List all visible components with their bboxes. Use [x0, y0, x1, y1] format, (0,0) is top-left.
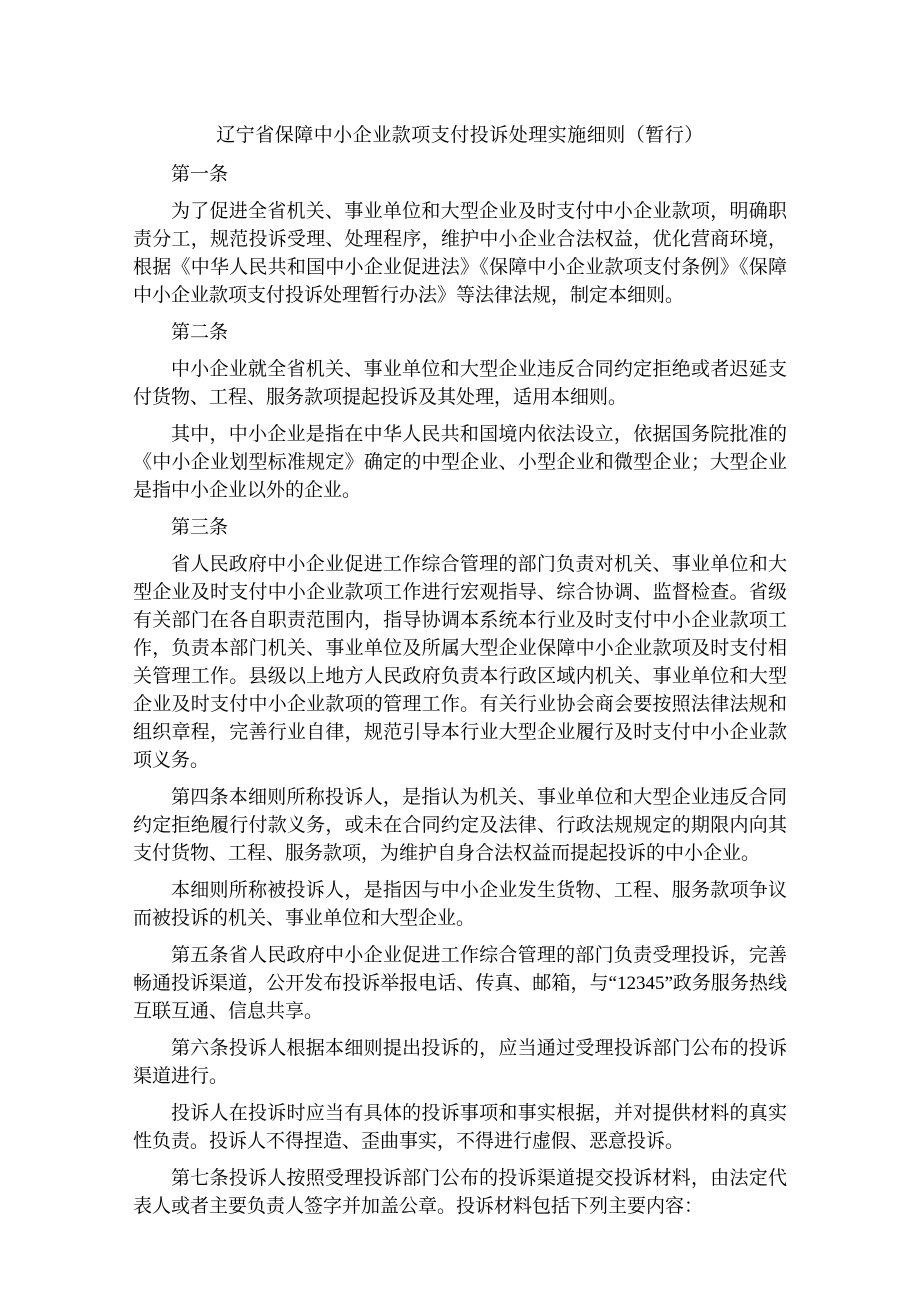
- article-3-body: 省人民政府中小企业促进工作综合管理的部门负责对机关、事业单位和大型企业及时支付中…: [133, 551, 787, 775]
- article-4-body-2: 本细则所称被投诉人，是指因与中小企业发生货物、工程、服务款项争议而被投诉的机关、…: [133, 877, 787, 933]
- article-7-body: 第七条投诉人按照受理投诉部门公布的投诉渠道提交投诉材料，由法定代表人或者主要负责…: [133, 1165, 787, 1221]
- article-4-body-1: 第四条本细则所称投诉人，是指认为机关、事业单位和大型企业违反合同约定拒绝履行付款…: [133, 784, 787, 868]
- document-title: 辽宁省保障中小企业款项支付投诉处理实施细则（暂行）: [133, 122, 787, 150]
- article-6-body-1: 第六条投诉人根据本细则提出投诉的，应当通过受理投诉部门公布的投诉渠道进行。: [133, 1035, 787, 1091]
- article-2-body-1: 中小企业就全省机关、事业单位和大型企业违反合同约定拒绝或者迟延支付货物、工程、服…: [133, 356, 787, 412]
- article-1-body: 为了促进全省机关、事业单位和大型企业及时支付中小企业款项，明确职责分工，规范投诉…: [133, 198, 787, 310]
- document-page: 辽宁省保障中小企业款项支付投诉处理实施细则（暂行） 第一条 为了促进全省机关、事…: [0, 0, 920, 1301]
- article-5-body: 第五条省人民政府中小企业促进工作综合管理的部门负责受理投诉，完善畅通投诉渠道，公…: [133, 942, 787, 1026]
- article-2-heading: 第二条: [133, 319, 787, 347]
- article-3-heading: 第三条: [133, 514, 787, 542]
- article-2-body-2: 其中，中小企业是指在中华人民共和国境内依法设立，依据国务院批准的《中小企业划型标…: [133, 421, 787, 505]
- article-6-body-2: 投诉人在投诉时应当有具体的投诉事项和事实根据，并对提供材料的真实性负责。投诉人不…: [133, 1100, 787, 1156]
- article-1-heading: 第一条: [133, 161, 787, 189]
